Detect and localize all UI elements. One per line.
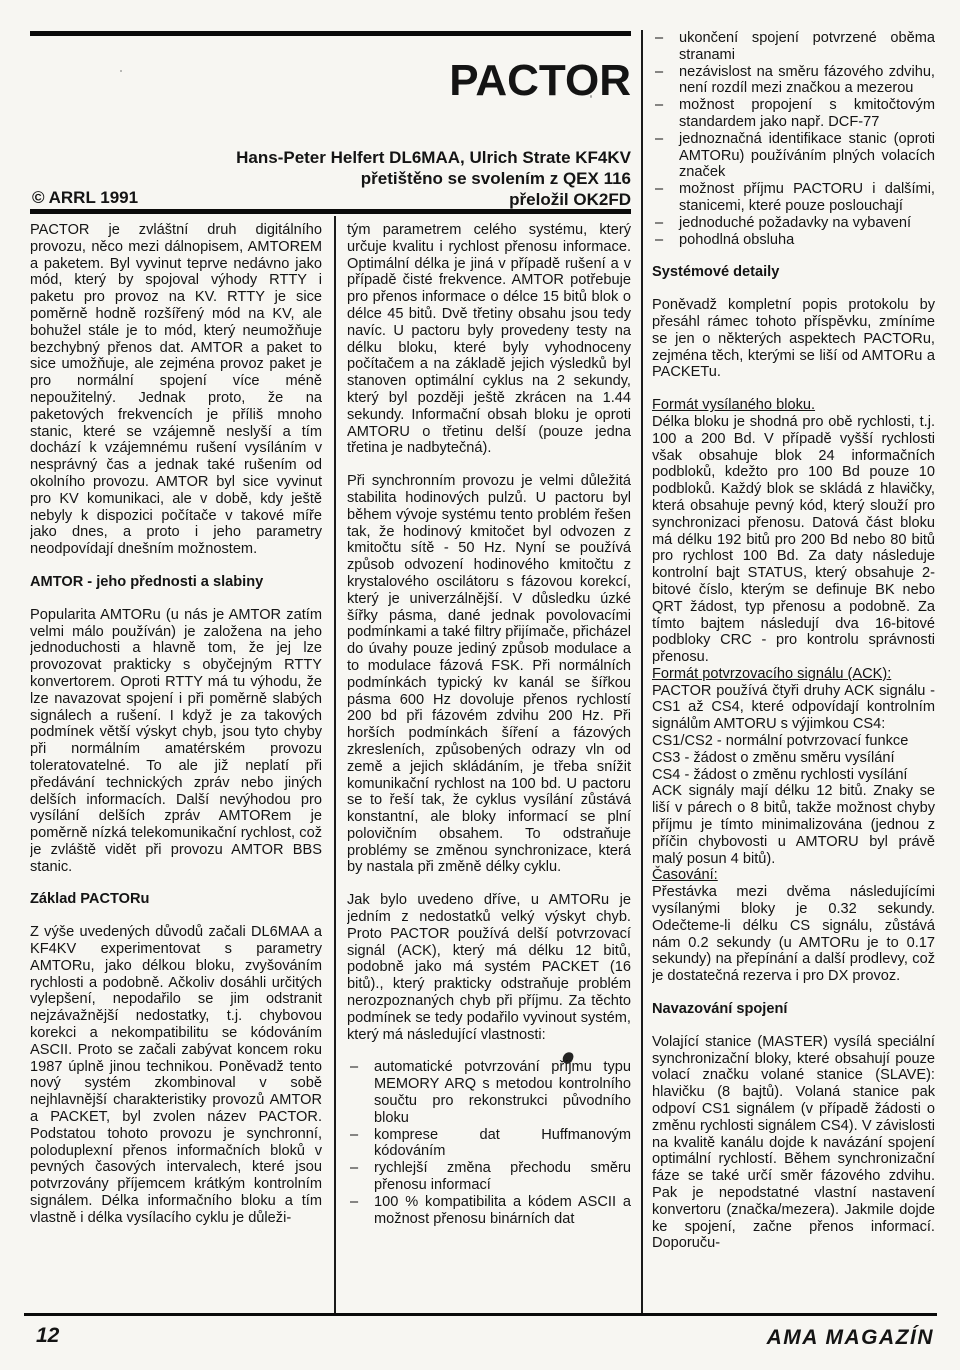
scan-speck: [590, 95, 592, 98]
column-divider-middle-right: [641, 30, 643, 1313]
paragraph: Poněvadž kompletní popis protokolu by př…: [652, 297, 935, 381]
bullet-text: komprese dat Huffmanovým kódováním: [374, 1127, 631, 1161]
bullet-dash: –: [652, 232, 679, 249]
bullet-list: –automatické potvrzování příjmu typu MEM…: [347, 1059, 631, 1227]
article-title: PACTOR: [30, 58, 631, 104]
header-top-rule: [30, 31, 631, 36]
bullet-text: automatické potvrzování příjmu typu MEMO…: [374, 1059, 631, 1126]
bullet-item: –100 % kompatibilita a kódem ASCII a mož…: [347, 1194, 631, 1228]
paragraph: tým parametrem celého systému, který urč…: [347, 222, 631, 457]
paragraph: ACK signály mají délku 12 bitů. Znaky se…: [652, 783, 935, 867]
magazine-page: PACTOR Hans-Peter Helfert DL6MAA, Ulrich…: [0, 0, 960, 1370]
section-heading: Základ PACTORu: [30, 891, 322, 908]
bullet-dash: –: [347, 1059, 374, 1126]
bullet-item: –automatické potvrzování příjmu typu MEM…: [347, 1059, 631, 1126]
bullet-dash: –: [347, 1127, 374, 1161]
section-heading: Navazování spojení: [652, 1001, 935, 1018]
bullet-item: –komprese dat Huffmanovým kódováním: [347, 1127, 631, 1161]
bullet-item: –jednoduché požadavky na vybavení: [652, 215, 935, 232]
underlined-heading: Časování:: [652, 867, 935, 884]
scan-speck: [120, 70, 122, 72]
scan-speck: [905, 488, 908, 491]
section-heading: Systémové detaily: [652, 264, 935, 281]
paragraph: Z výše uvedených důvodů začali DL6MAA a …: [30, 924, 322, 1226]
bullet-text: jednoduché požadavky na vybavení: [679, 215, 935, 232]
underlined-heading: Formát vysílaného bloku.: [652, 397, 935, 414]
bullet-text: možnost příjmu PACTORU i dalšími, stanic…: [679, 181, 935, 215]
byline-authors: Hans-Peter Helfert DL6MAA, Ulrich Strate…: [30, 147, 631, 168]
bullet-dash: –: [652, 215, 679, 232]
paragraph: PACTOR je zvláštní druh digitálního prov…: [30, 222, 322, 558]
paragraph: Jak bylo uvedeno dříve, u AMTORu je jedn…: [347, 892, 631, 1043]
section-heading: AMTOR - jeho přednosti a slabiny: [30, 574, 322, 591]
bullet-text: nezávislost na směru fázového zdvihu, ne…: [679, 64, 935, 98]
bullet-dash: –: [347, 1194, 374, 1228]
underlined-heading: Formát potvrzovacího signálu (ACK):: [652, 666, 935, 683]
header-bottom-rule: [30, 209, 631, 214]
column-divider-left-middle: [334, 216, 336, 1313]
paragraph: PACTOR používá čtyři druhy ACK signálu -…: [652, 683, 935, 733]
paragraph: Při synchronním provozu je velmi důležit…: [347, 473, 631, 876]
paragraph: Přestávka mezi dvěma následujícími vysíl…: [652, 884, 935, 985]
footer-rule: [24, 1313, 937, 1316]
bullet-dash: –: [652, 181, 679, 215]
bullet-dash: –: [652, 131, 679, 181]
column-middle: tým parametrem celého systému, který urč…: [347, 222, 631, 1310]
byline-source: přetištěno se svolením z QEX 116: [30, 168, 631, 189]
bullet-item: –pohodlná obsluha: [652, 232, 935, 249]
bullet-item: –nezávislost na směru fázového zdvihu, n…: [652, 64, 935, 98]
paragraph: Popularita AMTORu (u nás je AMTOR zatím …: [30, 607, 322, 876]
bullet-text: pohodlná obsluha: [679, 232, 935, 249]
paragraph: Volající stanice (MASTER) vysílá speciál…: [652, 1034, 935, 1252]
magazine-name: AMA MAGAZÍN: [767, 1326, 934, 1350]
copyright-notice: © ARRL 1991: [32, 188, 138, 208]
bullet-text: 100 % kompatibilita a kódem ASCII a možn…: [374, 1194, 631, 1228]
bullet-text: rychlejší změna přechodu směru přenosu i…: [374, 1160, 631, 1194]
bullet-text: ukončení spojení potvrzené oběma stranam…: [679, 30, 935, 64]
page-number: 12: [36, 1324, 59, 1348]
bullet-text: možnost propojení s kmitočtovým standard…: [679, 97, 935, 131]
bullet-text: jednoznačná identifikace stanic (oproti …: [679, 131, 935, 181]
column-right: –ukončení spojení potvrzené oběma strana…: [652, 30, 935, 1311]
bullet-dash: –: [652, 97, 679, 131]
paragraph: CS1/CS2 - normální potvrzovací funkce: [652, 733, 935, 750]
bullet-dash: –: [652, 64, 679, 98]
bullet-dash: –: [652, 30, 679, 64]
column-left: PACTOR je zvláštní druh digitálního prov…: [30, 222, 322, 1310]
paragraph: CS4 - žádost o změnu rychlosti vysílání: [652, 767, 935, 784]
bullet-item: –možnost příjmu PACTORU i dalšími, stani…: [652, 181, 935, 215]
bullet-item: –ukončení spojení potvrzené oběma strana…: [652, 30, 935, 64]
bullet-list: –ukončení spojení potvrzené oběma strana…: [652, 30, 935, 248]
bullet-item: –rychlejší změna přechodu směru přenosu …: [347, 1160, 631, 1194]
bullet-item: –možnost propojení s kmitočtovým standar…: [652, 97, 935, 131]
bullet-item: –jednoznačná identifikace stanic (oproti…: [652, 131, 935, 181]
paragraph: CS3 - žádost o změnu směru vysílání: [652, 750, 935, 767]
paragraph: Délka bloku je shodná pro obě rychlosti,…: [652, 414, 935, 666]
bullet-dash: –: [347, 1160, 374, 1194]
